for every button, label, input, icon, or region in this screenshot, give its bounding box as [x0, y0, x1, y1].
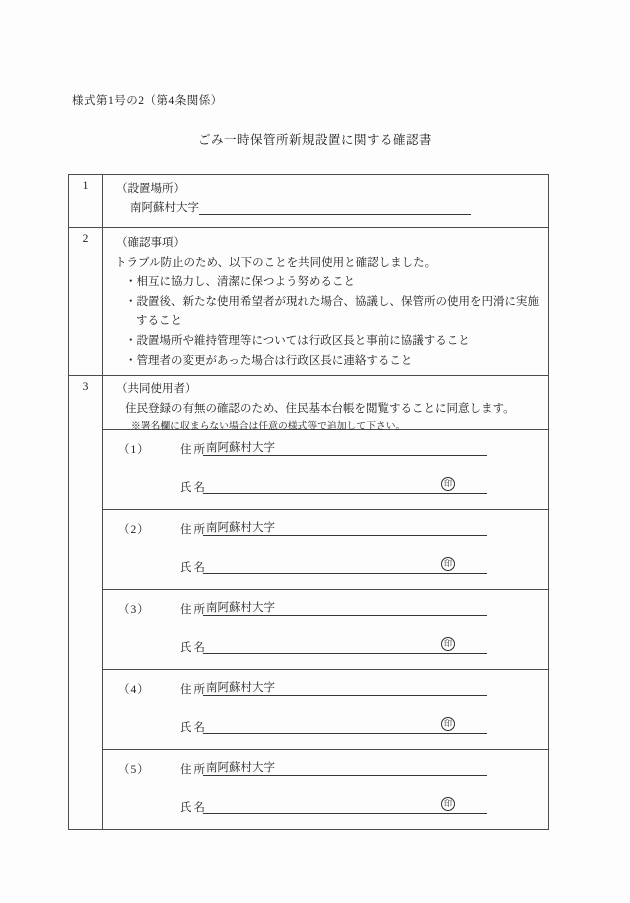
row-number: 2	[69, 228, 103, 375]
joint-users-consent-text: 住民登録の有無の確認のため、住民基本台帳を閲覧することに同意します。	[103, 400, 548, 419]
address-blank-field: 南阿蘇村大字	[203, 679, 487, 696]
table-row-joint-users: 3 （共同使用者） 住民登録の有無の確認のため、住民基本台帳を閲覧することに同意…	[69, 375, 548, 829]
confirmation-items-cell: （確認事項） トラブル防止のため、以下のことを共同使用と確認しました。 ・相互に…	[103, 228, 548, 375]
joint-users-heading: （共同使用者）	[103, 380, 548, 400]
name-blank-field: 印	[203, 797, 487, 814]
name-blank-field: 印	[203, 637, 487, 654]
address-blank-field: 南阿蘇村大字	[203, 759, 487, 776]
address-blank-field: 南阿蘇村大字	[203, 439, 487, 456]
entry-index: （2）	[118, 521, 150, 537]
signer-entry-3: （3） 住所 南阿蘇村大字 氏名 印	[103, 589, 548, 669]
location-address-line: 南阿蘇村大字	[103, 199, 548, 215]
address-prefix: 南阿蘇村大字	[203, 442, 275, 454]
address-prefix: 南阿蘇村大字	[203, 522, 275, 534]
address-prefix: 南阿蘇村大字	[203, 762, 275, 774]
joint-users-header: （共同使用者） 住民登録の有無の確認のため、住民基本台帳を閲覧することに同意しま…	[103, 376, 548, 430]
form-code-label: 様式第1号の2（第4条関係）	[72, 92, 223, 108]
name-blank-field: 印	[203, 557, 487, 574]
confirmation-heading: （確認事項）	[103, 234, 548, 254]
entry-index: （5）	[118, 761, 150, 777]
entry-index: （4）	[118, 681, 150, 697]
address-prefix: 南阿蘇村大字	[203, 602, 275, 614]
seal-icon: 印	[441, 557, 455, 571]
name-blank-field: 印	[203, 717, 487, 734]
confirmation-bullet: ・相互に協力し、清潔に保つよう努めること	[103, 273, 548, 293]
signer-entry-2: （2） 住所 南阿蘇村大字 氏名 印	[103, 509, 548, 589]
signer-entry-5: （5） 住所 南阿蘇村大字 氏名 印	[103, 749, 548, 829]
signer-entry-1: （1） 住所 南阿蘇村大字 氏名 印	[103, 430, 548, 509]
location-heading: （設置場所）	[103, 175, 548, 196]
document-page: { "page": { "form_code": "様式第1号の2（第4条関係）…	[0, 0, 630, 903]
confirmation-intro: トラブル防止のため、以下のことを共同使用と確認しました。	[103, 254, 548, 274]
confirmation-bullet: ・設置後、新たな使用希望者が現れた場合、協議し、保管所の使用を円滑に実施	[103, 293, 548, 313]
table-row-confirmation-items: 2 （確認事項） トラブル防止のため、以下のことを共同使用と確認しました。 ・相…	[69, 227, 548, 375]
location-address-blank-field	[199, 199, 471, 215]
address-blank-field: 南阿蘇村大字	[203, 519, 487, 536]
location-cell: （設置場所） 南阿蘇村大字	[103, 175, 548, 227]
confirmation-bullet: ・設置場所や維持管理等については行政区長と事前に協議すること	[103, 332, 548, 352]
entry-index: （3）	[118, 601, 150, 617]
address-blank-field: 南阿蘇村大字	[203, 599, 487, 616]
joint-users-cell: （共同使用者） 住民登録の有無の確認のため、住民基本台帳を閲覧することに同意しま…	[103, 376, 548, 829]
seal-icon: 印	[441, 717, 455, 731]
confirmation-bullet-continuation: すること	[103, 312, 548, 332]
seal-icon: 印	[441, 797, 455, 811]
confirmation-form-table: 1 （設置場所） 南阿蘇村大字 2 （確認事項） トラブル防止のため、以下のこと…	[68, 174, 549, 830]
entry-index: （1）	[118, 441, 150, 457]
seal-icon: 印	[441, 637, 455, 651]
row-number: 3	[69, 376, 103, 829]
address-prefix: 南阿蘇村大字	[203, 682, 275, 694]
location-address-prefix: 南阿蘇村大字	[130, 199, 199, 215]
table-row-location: 1 （設置場所） 南阿蘇村大字	[69, 175, 548, 227]
name-blank-field: 印	[203, 477, 487, 494]
row-number: 1	[69, 175, 103, 227]
confirmation-bullet: ・管理者の変更があった場合は行政区長に連絡すること	[103, 352, 548, 372]
page-title: ごみ一時保管所新規設置に関する確認書	[0, 130, 630, 148]
signer-entry-4: （4） 住所 南阿蘇村大字 氏名 印	[103, 669, 548, 749]
seal-icon: 印	[441, 477, 455, 491]
